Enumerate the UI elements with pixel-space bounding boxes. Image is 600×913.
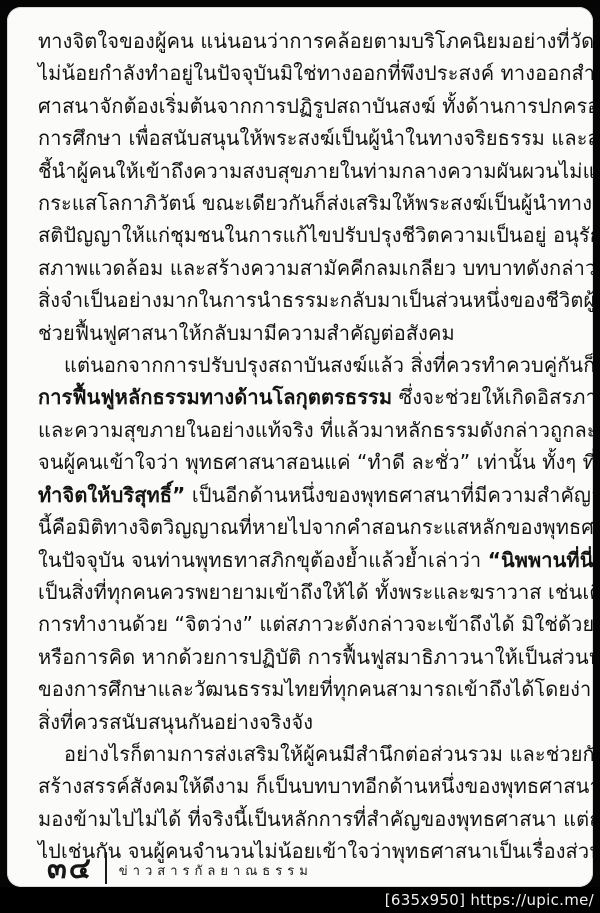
text-line: และความสุขภายในอย่างแท้จริง ที่แล้วมาหลั… (38, 414, 572, 446)
text-run: ทางจิตใจของผู้คน แน่นอนว่าการคล้อยตามบริ… (38, 29, 593, 53)
text-line: ช่วยฟื้นฟูศาสนาให้กลับมามีความสำคัญต่อสั… (38, 317, 572, 349)
text-run: ช่วยฟื้นฟูศาสนาให้กลับมามีความสำคัญต่อสั… (38, 321, 455, 345)
text-run: สภาพแวดล้อม และสร้างความสามัคคีกลมเกลียว… (38, 256, 593, 280)
journal-title: ข่าวสารกัลยาณธรรม (119, 856, 313, 881)
document-page: ทางจิตใจของผู้คน แน่นอนว่าการคล้อยตามบริ… (7, 7, 593, 887)
text-line: นี้คือมิติทางจิตวิญญาณที่หายไปจากคำสอนกร… (38, 511, 572, 543)
footer-separator (105, 852, 107, 884)
text-run: การทำงานด้วย “จิตว่าง” แต่สภาวะดังกล่าวจ… (38, 612, 593, 636)
text-line: ไม่น้อยกำลังทำอยู่ในปัจจุบันมิใช่ทางออกท… (38, 57, 572, 89)
text-line: อย่างไรก็ตามการส่งเสริมให้ผู้คนมีสำนึกต่… (38, 738, 572, 770)
text-run: ของการศึกษาและวัฒนธรรมไทยที่ทุกคนสามารถเ… (38, 677, 593, 701)
text-run: กระแสโลกาภิวัตน์ ขณะเดียวกันก็ส่งเสริมให… (38, 191, 592, 215)
text-line: หรือการคิด หากด้วยการปฏิบัติ การฟื้นฟูสม… (38, 641, 572, 673)
text-line: สิ่งจำเป็นอย่างมากในการนำธรรมะกลับมาเป็น… (38, 284, 572, 316)
text-run: หรือการคิด หากด้วยการปฏิบัติ การฟื้นฟูสม… (38, 645, 593, 669)
text-run: และความสุขภายในอย่างแท้จริง ที่แล้วมาหลั… (38, 418, 593, 442)
text-line: การทำงานด้วย “จิตว่าง” แต่สภาวะดังกล่าวจ… (38, 608, 572, 640)
text-run: อย่างไรก็ตามการส่งเสริมให้ผู้คนมีสำนึกต่… (64, 742, 593, 766)
text-line: การศึกษา เพื่อสนับสนุนให้พระสงฆ์เป็นผู้น… (38, 122, 572, 154)
text-run: นี้คือมิติทางจิตวิญญาณที่หายไปจากคำสอนกร… (38, 515, 593, 539)
text-run: สติปัญญาให้แก่ชุมชนในการแก้ไขปรับปรุงชีว… (38, 223, 593, 247)
text-line: สภาพแวดล้อม และสร้างความสามัคคีกลมเกลียว… (38, 252, 572, 284)
watermark-bar: [635x950] https://upic.me/ (0, 887, 600, 913)
text-run: สร้างสรรค์สังคมให้ดีงาม ก็เป็นบทบาทอีกด้… (38, 774, 593, 798)
page-number: ๓๔ (47, 845, 93, 887)
text-run: ซึ่งจะช่วยให้เกิดอิสรภาพ (392, 385, 593, 409)
watermark-text: [635x950] https://upic.me/ (385, 891, 594, 909)
text-run: ชี้นำผู้คนให้เข้าถึงความสงบสุขภายในท่ามก… (38, 159, 593, 183)
bold-text-run: ทำจิตให้บริสุทธิ์” (38, 483, 185, 507)
bold-text-run: การฟื้นฟูหลักธรรมทางด้านโลกุตตรธรรม (38, 385, 392, 409)
text-line: ทางจิตใจของผู้คน แน่นอนว่าการคล้อยตามบริ… (38, 25, 572, 57)
page-frame: ทางจิตใจของผู้คน แน่นอนว่าการคล้อยตามบริ… (0, 0, 600, 913)
text-line: แต่นอกจากการปรับปรุงสถาบันสงฆ์แล้ว สิ่งท… (38, 349, 572, 381)
text-run: เป็นสิ่งที่ทุกคนควรพยายามเข้าถึงให้ได้ ท… (38, 580, 593, 604)
text-run: แต่นอกจากการปรับปรุงสถาบันสงฆ์แล้ว สิ่งท… (64, 353, 593, 377)
body-text: ทางจิตใจของผู้คน แน่นอนว่าการคล้อยตามบริ… (38, 25, 572, 868)
text-line: ชี้นำผู้คนให้เข้าถึงความสงบสุขภายในท่ามก… (38, 155, 572, 187)
text-line: สติปัญญาให้แก่ชุมชนในการแก้ไขปรับปรุงชีว… (38, 219, 572, 251)
text-run: การศึกษา เพื่อสนับสนุนให้พระสงฆ์เป็นผู้น… (38, 126, 593, 150)
text-line: ของการศึกษาและวัฒนธรรมไทยที่ทุกคนสามารถเ… (38, 673, 572, 705)
text-run: สิ่งที่ควรสนับสนุนกันอย่างจริงจัง (38, 710, 313, 734)
text-run: ในปัจจุบัน จนท่านพุทธทาสภิกขุต้องย้ำแล้ว… (38, 548, 488, 572)
text-run: ศาสนาจักต้องเริ่มต้นจากการปฏิรูปสถาบันสง… (38, 94, 593, 118)
text-line: สร้างสรรค์สังคมให้ดีงาม ก็เป็นบทบาทอีกด้… (38, 770, 572, 802)
text-line: การฟื้นฟูหลักธรรมทางด้านโลกุตตรธรรม ซึ่ง… (38, 381, 572, 413)
text-line: กระแสโลกาภิวัตน์ ขณะเดียวกันก็ส่งเสริมให… (38, 187, 572, 219)
text-line: มองข้ามไปไม่ได้ ที่จริงนี้เป็นหลักการที่… (38, 803, 572, 835)
text-line: เป็นสิ่งที่ทุกคนควรพยายามเข้าถึงให้ได้ ท… (38, 576, 572, 608)
text-run: ไม่น้อยกำลังทำอยู่ในปัจจุบันมิใช่ทางออกท… (38, 61, 593, 85)
text-line: สิ่งที่ควรสนับสนุนกันอย่างจริงจัง (38, 706, 572, 738)
text-line: ศาสนาจักต้องเริ่มต้นจากการปฏิรูปสถาบันสง… (38, 90, 572, 122)
text-line: ในปัจจุบัน จนท่านพุทธทาสภิกขุต้องย้ำแล้ว… (38, 544, 572, 576)
text-run: จนผู้คนเข้าใจว่า พุทธศาสนาสอนแค่ “ทำดี ล… (38, 450, 593, 474)
text-run: มองข้ามไปไม่ได้ ที่จริงนี้เป็นหลักการที่… (38, 807, 593, 831)
text-run: สิ่งจำเป็นอย่างมากในการนำธรรมะกลับมาเป็น… (38, 288, 593, 312)
bold-text-run: “นิพพานที่นี่ เดี๋ยวนี้” (488, 548, 593, 572)
text-run: เป็นอีกด้านหนึ่งของพุทธศาสนาที่มีความสำค… (185, 483, 593, 507)
page-footer: ๓๔ ข่าวสารกัลยาณธรรม (47, 845, 313, 887)
text-line: จนผู้คนเข้าใจว่า พุทธศาสนาสอนแค่ “ทำดี ล… (38, 446, 572, 478)
text-line: ทำจิตให้บริสุทธิ์” เป็นอีกด้านหนึ่งของพุ… (38, 479, 572, 511)
